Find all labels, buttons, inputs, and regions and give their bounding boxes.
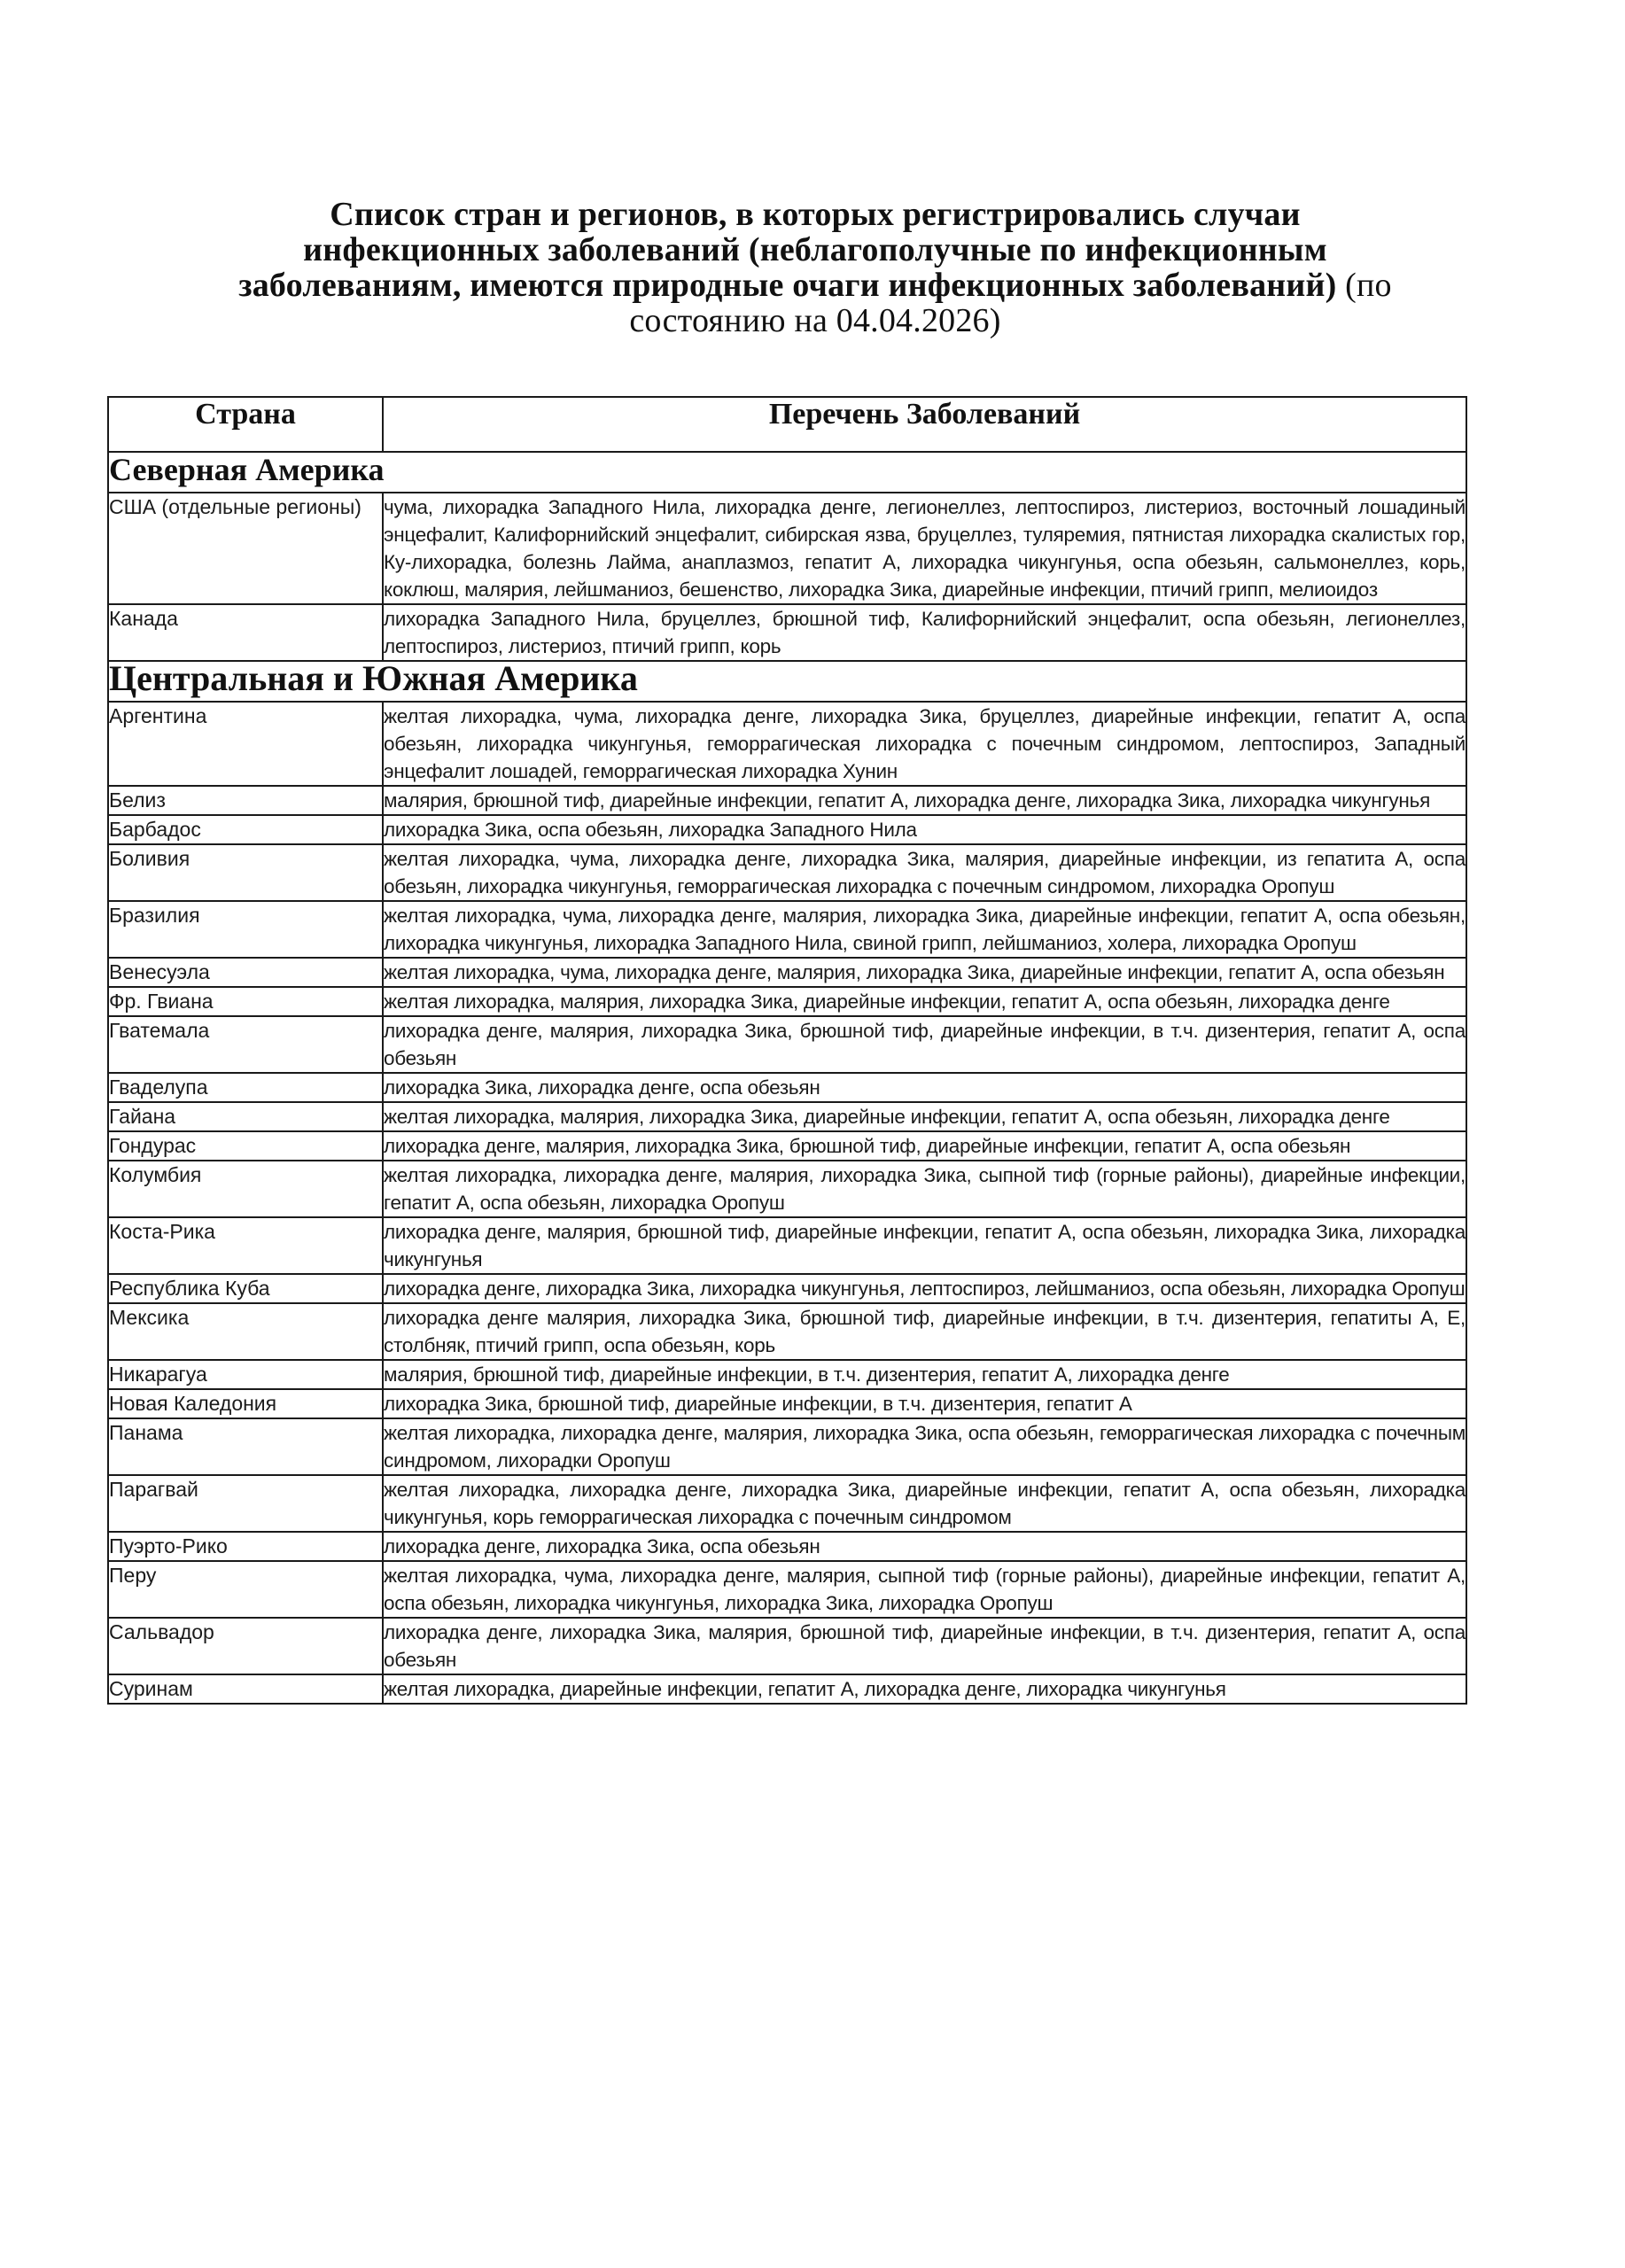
table-row: Колумбияжелтая лихорадка, лихорадка денг… (108, 1161, 1466, 1217)
country-cell: Никарагуа (108, 1360, 383, 1389)
table-row: Белизмалярия, брюшной тиф, диарейные инф… (108, 786, 1466, 815)
country-cell: Канада (108, 604, 383, 661)
country-disease-table: Страна Перечень Заболеваний Северная Аме… (107, 396, 1467, 1705)
diseases-cell: лихорадка Зика, брюшной тиф, диарейные и… (383, 1389, 1466, 1418)
country-cell: Колумбия (108, 1161, 383, 1217)
diseases-cell: лихорадка Зика, лихорадка денге, оспа об… (383, 1073, 1466, 1102)
country-cell: Гваделупа (108, 1073, 383, 1102)
table-row: Перужелтая лихорадка, чума, лихорадка де… (108, 1561, 1466, 1618)
diseases-cell: лихорадка денге, лихорадка Зика, лихорад… (383, 1274, 1466, 1303)
diseases-cell: лихорадка денге, малярия, брюшной тиф, д… (383, 1217, 1466, 1274)
table-row: Гайанажелтая лихорадка, малярия, лихорад… (108, 1102, 1466, 1131)
country-cell: США (отдельные регионы) (108, 493, 383, 604)
header-diseases: Перечень Заболеваний (383, 397, 1466, 452)
diseases-cell: лихорадка денге, лихорадка Зика, оспа об… (383, 1532, 1466, 1561)
diseases-cell: желтая лихорадка, чума, лихорадка денге,… (383, 1561, 1466, 1618)
region-heading: Центральная и Южная Америка (108, 661, 1466, 702)
country-cell: Парагвай (108, 1475, 383, 1532)
header-country: Страна (108, 397, 383, 452)
table-row: Парагвайжелтая лихорадка, лихорадка денг… (108, 1475, 1466, 1532)
diseases-cell: желтая лихорадка, лихорадка денге, маляр… (383, 1418, 1466, 1475)
diseases-cell: желтая лихорадка, чума, лихорадка денге,… (383, 958, 1466, 987)
table-header-row: Страна Перечень Заболеваний (108, 397, 1466, 452)
diseases-cell: желтая лихорадка, чума, лихорадка денге,… (383, 844, 1466, 901)
diseases-cell: желтая лихорадка, чума, лихорадка денге,… (383, 702, 1466, 786)
country-cell: Гайана (108, 1102, 383, 1131)
country-cell: Бразилия (108, 901, 383, 958)
country-cell: Панама (108, 1418, 383, 1475)
table-row: Канадалихорадка Западного Нила, бруцелле… (108, 604, 1466, 661)
table-row: Сальвадорлихорадка денге, лихорадка Зика… (108, 1618, 1466, 1674)
table-row: Бразилияжелтая лихорадка, чума, лихорадк… (108, 901, 1466, 958)
diseases-cell: желтая лихорадка, лихорадка денге, лихор… (383, 1475, 1466, 1532)
table-row: Барбадослихорадка Зика, оспа обезьян, ли… (108, 815, 1466, 844)
table-row: Гваделупалихорадка Зика, лихорадка денге… (108, 1073, 1466, 1102)
country-cell: Коста-Рика (108, 1217, 383, 1274)
diseases-cell: желтая лихорадка, малярия, лихорадка Зик… (383, 987, 1466, 1016)
country-cell: Мексика (108, 1303, 383, 1360)
diseases-cell: желтая лихорадка, малярия, лихорадка Зик… (383, 1102, 1466, 1131)
diseases-cell: малярия, брюшной тиф, диарейные инфекции… (383, 786, 1466, 815)
country-cell: Венесуэла (108, 958, 383, 987)
table-row: Фр. Гвианажелтая лихорадка, малярия, лих… (108, 987, 1466, 1016)
diseases-cell: лихорадка денге, лихорадка Зика, малярия… (383, 1618, 1466, 1674)
region-row: Северная Америка (108, 452, 1466, 493)
table-row: Мексикалихорадка денге малярия, лихорадк… (108, 1303, 1466, 1360)
page-title: Список стран и регионов, в которых регис… (222, 197, 1409, 338)
country-cell: Республика Куба (108, 1274, 383, 1303)
country-cell: Боливия (108, 844, 383, 901)
table-row: Новая Каледониялихорадка Зика, брюшной т… (108, 1389, 1466, 1418)
diseases-cell: лихорадка денге, малярия, лихорадка Зика… (383, 1016, 1466, 1073)
country-cell: Гондурас (108, 1131, 383, 1161)
table-row: Боливияжелтая лихорадка, чума, лихорадка… (108, 844, 1466, 901)
country-cell: Барбадос (108, 815, 383, 844)
table-row: Коста-Рикалихорадка денге, малярия, брюш… (108, 1217, 1466, 1274)
diseases-cell: желтая лихорадка, чума, лихорадка денге,… (383, 901, 1466, 958)
diseases-cell: лихорадка денге малярия, лихорадка Зика,… (383, 1303, 1466, 1360)
table-row: Панамажелтая лихорадка, лихорадка денге,… (108, 1418, 1466, 1475)
table-row: Суринамжелтая лихорадка, диарейные инфек… (108, 1674, 1466, 1704)
table-row: Никарагуамалярия, брюшной тиф, диарейные… (108, 1360, 1466, 1389)
country-cell: Аргентина (108, 702, 383, 786)
diseases-cell: лихорадка Зика, оспа обезьян, лихорадка … (383, 815, 1466, 844)
country-cell: Суринам (108, 1674, 383, 1704)
country-cell: Пуэрто-Рико (108, 1532, 383, 1561)
title-main: Список стран и регионов, в которых регис… (238, 196, 1336, 304)
diseases-cell: лихорадка денге, малярия, лихорадка Зика… (383, 1131, 1466, 1161)
table-row: США (отдельные регионы)чума, лихорадка З… (108, 493, 1466, 604)
table-body: Северная АмерикаСША (отдельные регионы)ч… (108, 452, 1466, 1704)
country-cell: Перу (108, 1561, 383, 1618)
region-row: Центральная и Южная Америка (108, 661, 1466, 702)
diseases-cell: желтая лихорадка, лихорадка денге, маляр… (383, 1161, 1466, 1217)
table-row: Пуэрто-Риколихорадка денге, лихорадка Зи… (108, 1532, 1466, 1561)
table-row: Гондураслихорадка денге, малярия, лихора… (108, 1131, 1466, 1161)
country-cell: Новая Каледония (108, 1389, 383, 1418)
diseases-cell: лихорадка Западного Нила, бруцеллез, брю… (383, 604, 1466, 661)
diseases-cell: чума, лихорадка Западного Нила, лихорадк… (383, 493, 1466, 604)
country-cell: Гватемала (108, 1016, 383, 1073)
country-cell: Белиз (108, 786, 383, 815)
table-row: Венесуэлажелтая лихорадка, чума, лихорад… (108, 958, 1466, 987)
country-cell: Сальвадор (108, 1618, 383, 1674)
country-cell: Фр. Гвиана (108, 987, 383, 1016)
diseases-cell: желтая лихорадка, диарейные инфекции, ге… (383, 1674, 1466, 1704)
diseases-cell: малярия, брюшной тиф, диарейные инфекции… (383, 1360, 1466, 1389)
table-row: Аргентинажелтая лихорадка, чума, лихорад… (108, 702, 1466, 786)
table-row: Республика Кубалихорадка денге, лихорадк… (108, 1274, 1466, 1303)
region-heading: Северная Америка (108, 452, 1466, 493)
table-row: Гватемалалихорадка денге, малярия, лихор… (108, 1016, 1466, 1073)
